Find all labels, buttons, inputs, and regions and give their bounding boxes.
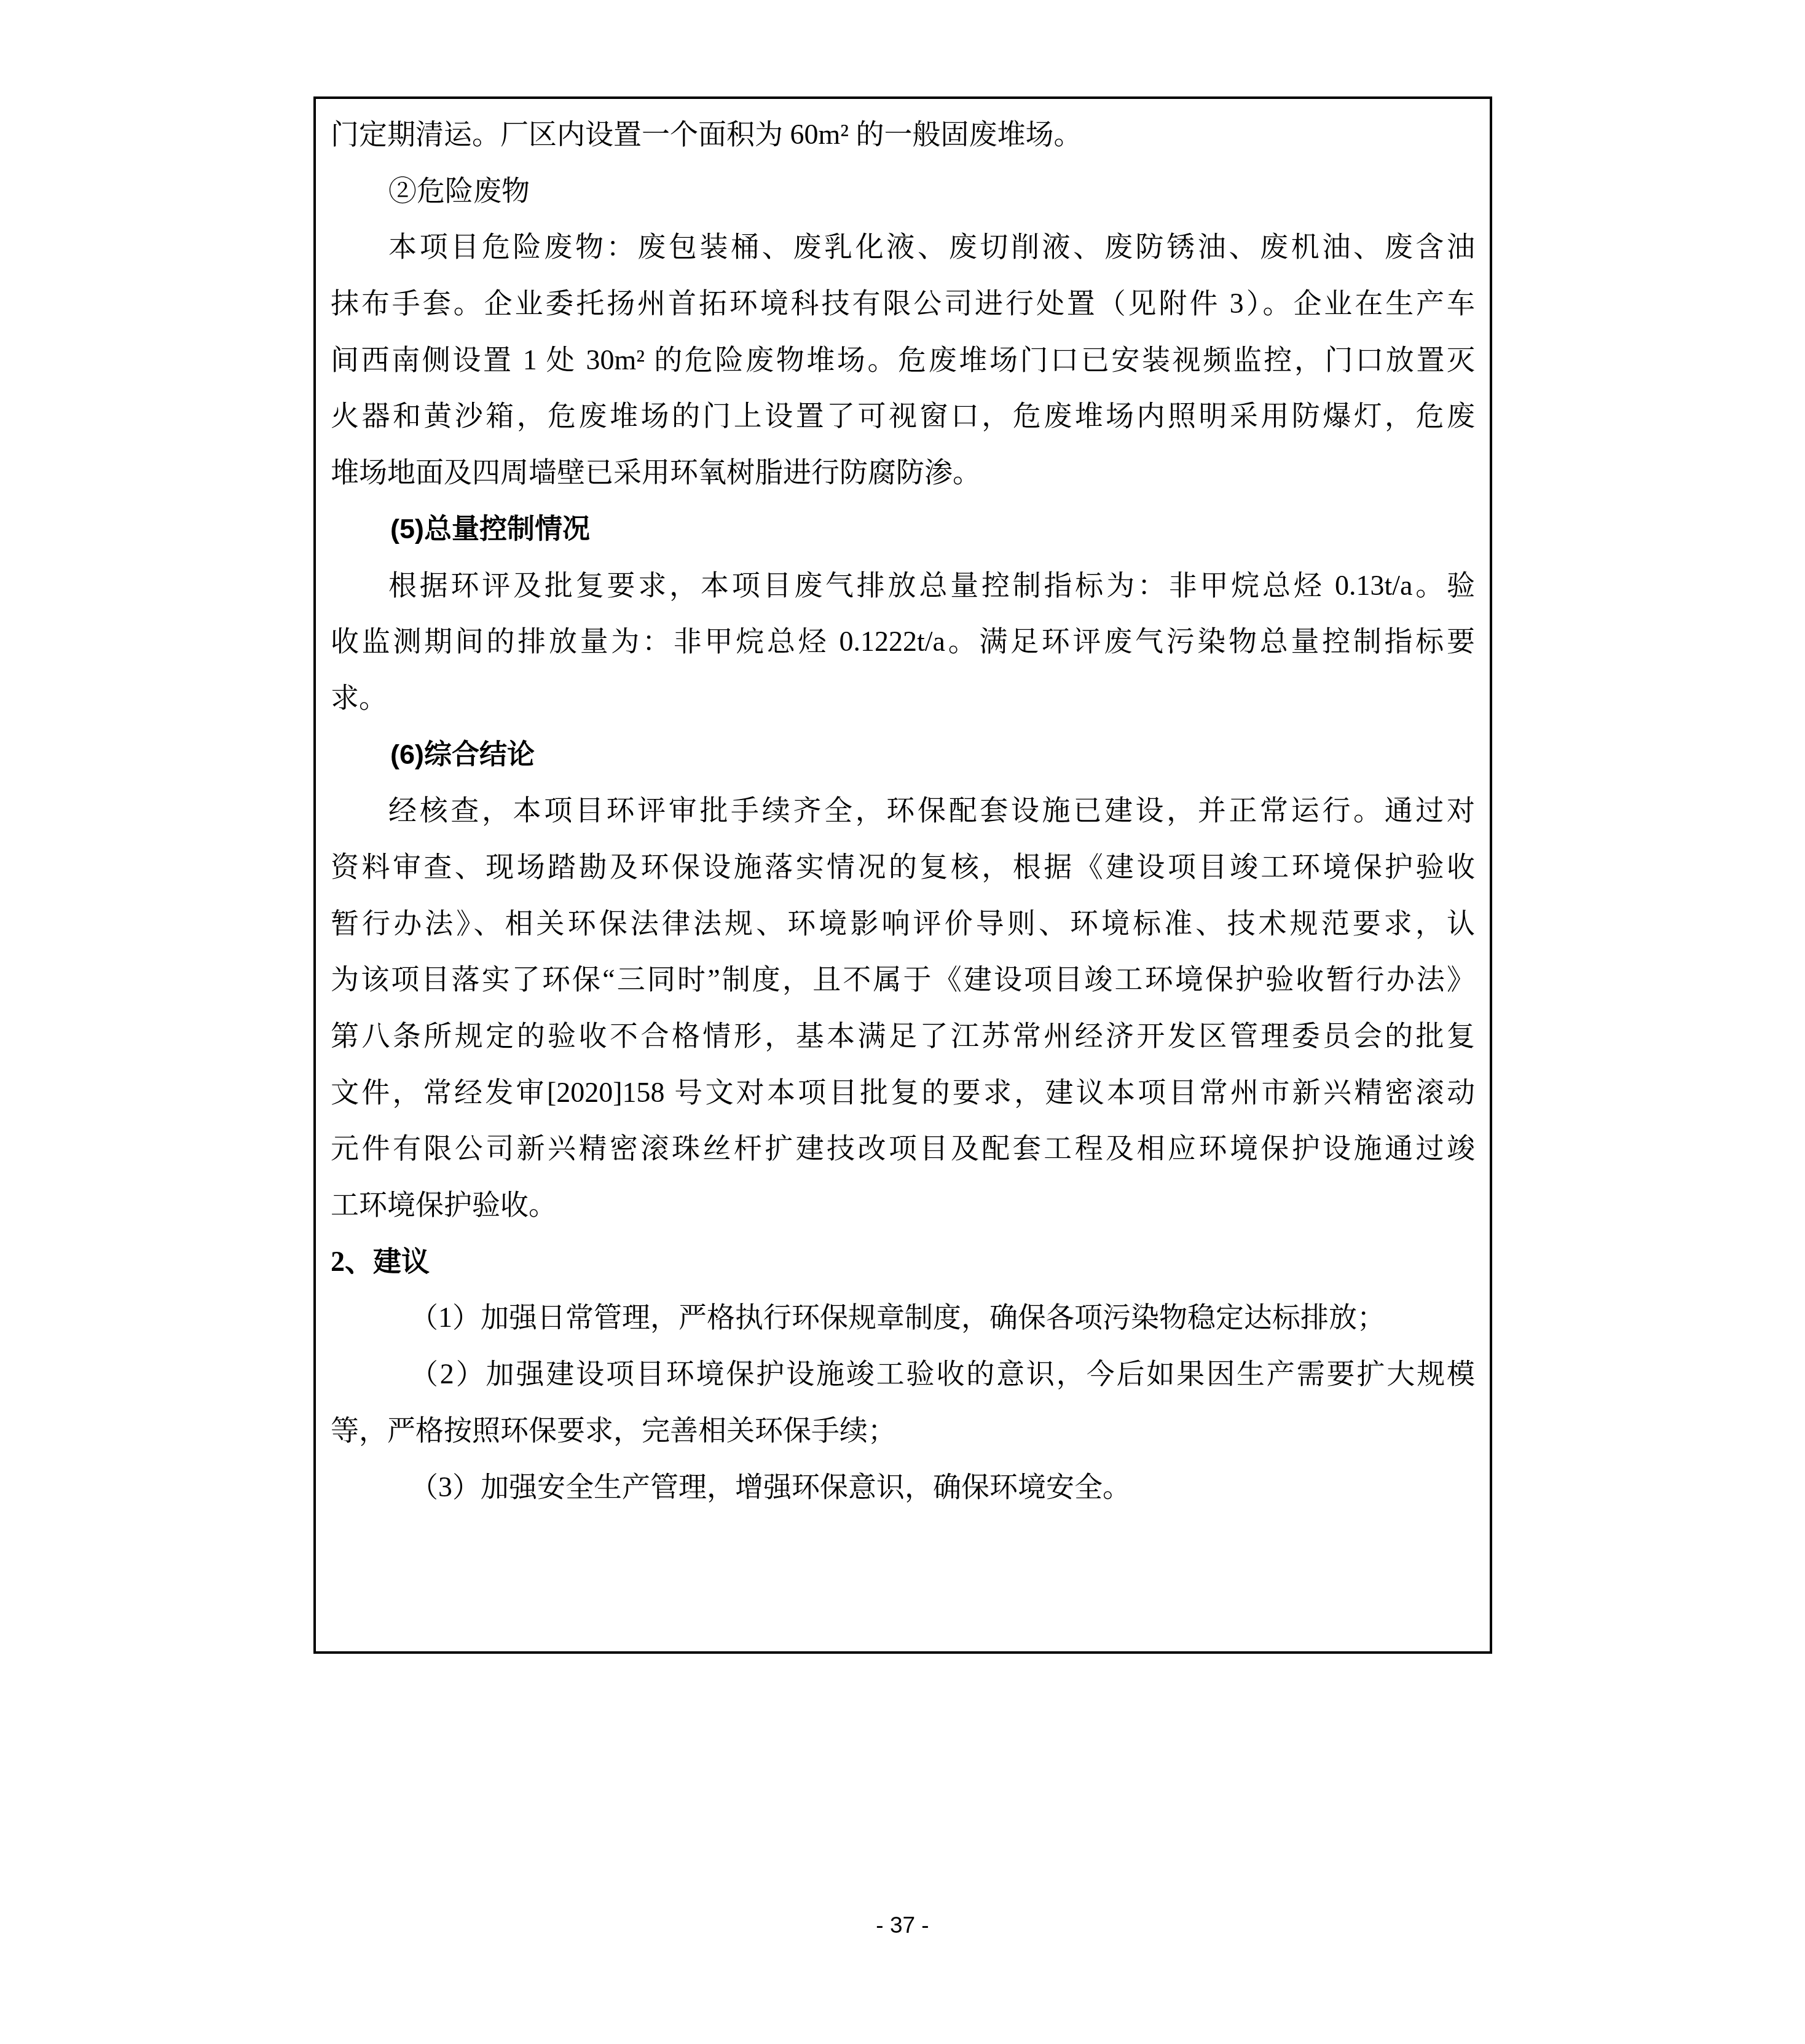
paragraph-line: 为该项目落实了环保“三同时”制度，且不属于《建设项目竣工环境保护验收暂行办法》 (331, 951, 1475, 1008)
suggestion-item-3: （3）加强安全生产管理，增强环保意识，确保环境安全。 (331, 1459, 1475, 1515)
paragraph-line: 收监测期间的排放量为：非甲烷总烃 0.1222t/a。满足环评废气污染物总量控制… (331, 613, 1475, 670)
paragraph-line: 元件有限公司新兴精密滚珠丝杆扩建技改项目及配套工程及相应环境保护设施通过竣 (331, 1120, 1475, 1177)
paragraph-line: 暂行办法》、相关环保法律法规、环境影响评价导则、环境标准、技术规范要求，认 (331, 895, 1475, 952)
section-heading-suggestions: 2、建议 (331, 1233, 1475, 1290)
suggestion-item-2: （2）加强建设项目环境保护设施竣工验收的意识，今后如果因生产需要扩大规模 (331, 1346, 1475, 1402)
suggestion-item-1: （1）加强日常管理，严格执行环保规章制度，确保各项污染物稳定达标排放； (331, 1289, 1475, 1346)
paragraph-line: 资料审查、现场踏勘及环保设施落实情况的复核，根据《建设项目竣工环境保护验收 (331, 839, 1475, 895)
paragraph-line: 门定期清运。厂区内设置一个面积为 60m² 的一般固废堆场。 (331, 106, 1475, 163)
section-heading-total-control: (5)总量控制情况 (331, 501, 1475, 557)
paragraph-line: 工环境保护验收。 (331, 1177, 1475, 1233)
subsection-heading-hazardous-waste: ②危险废物 (331, 163, 1475, 219)
paragraph-line: 本项目危险废物：废包装桶、废乳化液、废切削液、废防锈油、废机油、废含油 (331, 219, 1475, 275)
paragraph-line: 堆场地面及四周墙壁已采用环氧树脂进行防腐防渗。 (331, 444, 1475, 501)
page-number: - 37 - (0, 1910, 1805, 1941)
section-heading-conclusion: (6)综合结论 (331, 726, 1475, 783)
paragraph-line: 第八条所规定的验收不合格情形，基本满足了江苏常州经济开发区管理委员会的批复 (331, 1008, 1475, 1064)
paragraph-line: 抹布手套。企业委托扬州首拓环境科技有限公司进行处置（见附件 3）。企业在生产车 (331, 275, 1475, 332)
paragraph-line: 火器和黄沙箱，危废堆场的门上设置了可视窗口，危废堆场内照明采用防爆灯，危废 (331, 388, 1475, 444)
paragraph-line: 文件，常经发审[2020]158 号文对本项目批复的要求，建议本项目常州市新兴精… (331, 1064, 1475, 1121)
document-body: 门定期清运。厂区内设置一个面积为 60m² 的一般固废堆场。 ②危险废物 本项目… (331, 106, 1475, 1515)
paragraph-line: 根据环评及批复要求，本项目废气排放总量控制指标为：非甲烷总烃 0.13t/a。验 (331, 557, 1475, 614)
paragraph-line: 求。 (331, 670, 1475, 726)
paragraph-line: 经核查，本项目环评审批手续齐全，环保配套设施已建设，并正常运行。通过对 (331, 782, 1475, 839)
paragraph-line: 间西南侧设置 1 处 30m² 的危险废物堆场。危废堆场门口已安装视频监控，门口… (331, 332, 1475, 388)
content-table-cell: 门定期清运。厂区内设置一个面积为 60m² 的一般固废堆场。 ②危险废物 本项目… (313, 96, 1492, 1654)
suggestion-item-2-continued: 等，严格按照环保要求，完善相关环保手续； (331, 1402, 1475, 1459)
